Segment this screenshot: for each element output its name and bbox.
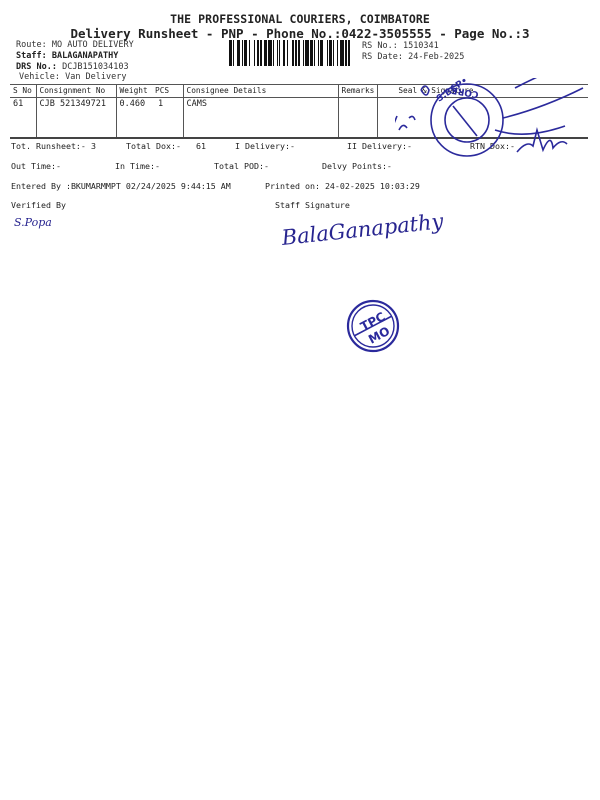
col-weight: Weight bbox=[116, 85, 152, 98]
drs-label: DRS No.: bbox=[16, 62, 57, 72]
drs-value: DCJB151034103 bbox=[62, 62, 129, 72]
in-time-label: In Time:- bbox=[115, 161, 160, 171]
verified-by-label: Verified By bbox=[11, 200, 66, 210]
consignee-seal-stamp: S.BCP• CORE bbox=[395, 78, 600, 168]
col-pcs: PCS bbox=[152, 85, 183, 98]
cell-remarks bbox=[338, 98, 378, 139]
total-dox: Total Dox:- 61 bbox=[126, 141, 206, 151]
tpc-mo-stamp: TPC MO bbox=[345, 298, 401, 354]
cell-consignment-no: CJB 521349721 bbox=[36, 98, 116, 139]
rs-date-label: RS Date: bbox=[362, 52, 403, 62]
company-title: THE PROFESSIONAL COURIERS, COIMBATORE bbox=[0, 12, 600, 26]
vehicle-field: Vehicle: Van Delivery bbox=[19, 72, 127, 82]
out-time-label: Out Time:- bbox=[11, 161, 61, 171]
cell-weight: 0.460 bbox=[116, 98, 152, 139]
rs-date-value: 24-Feb-2025 bbox=[408, 52, 464, 62]
cell-pcs: 1 bbox=[152, 98, 183, 139]
rs-date-field: RS Date: 24-Feb-2025 bbox=[362, 52, 464, 62]
rs-no-field: RS No.: 1510341 bbox=[362, 41, 439, 51]
vehicle-label: Vehicle: bbox=[19, 72, 60, 82]
cell-sno: 61 bbox=[10, 98, 36, 139]
tot-runsheet-label: Tot. Runsheet:- bbox=[11, 141, 86, 151]
drs-field: DRS No.: DCJB151034103 bbox=[16, 62, 129, 72]
col-sno: S No bbox=[10, 85, 36, 98]
verified-by-signature: S.Popa bbox=[14, 216, 52, 229]
printed-on: Printed on: 24-02-2025 10:03:29 bbox=[265, 181, 420, 191]
tot-runsheet-value: 3 bbox=[91, 141, 96, 151]
i-delivery-label: I Delivery:- bbox=[235, 141, 295, 151]
staff-value: BALAGANAPATHY bbox=[52, 51, 119, 61]
route-value: MO AUTO DELIVERY bbox=[52, 40, 134, 50]
staff-label: Staff: bbox=[16, 51, 47, 61]
col-consignment-no: Consignment No bbox=[36, 85, 116, 98]
col-remarks: Remarks bbox=[338, 85, 378, 98]
staff-signature-label: Staff Signature bbox=[275, 200, 350, 210]
route-label: Route: bbox=[16, 40, 47, 50]
vehicle-value: Van Delivery bbox=[65, 72, 126, 82]
route-field: Route: MO AUTO DELIVERY bbox=[16, 40, 134, 50]
entered-by: Entered By :BKUMARMMPT 02/24/2025 9:44:1… bbox=[11, 181, 231, 191]
rs-no-value: 1510341 bbox=[403, 41, 439, 51]
barcode bbox=[229, 40, 352, 66]
runsheet-subtitle: Delivery Runsheet - PNP - Phone No.:0422… bbox=[0, 26, 600, 41]
rs-no-label: RS No.: bbox=[362, 41, 398, 51]
total-dox-value: 61 bbox=[196, 141, 206, 151]
col-consignee-details: Consignee Details bbox=[183, 85, 338, 98]
cell-consignee: CAMS bbox=[183, 98, 338, 139]
delvy-points-label: Delvy Points:- bbox=[322, 161, 392, 171]
staff-signature: BalaGanapathy bbox=[280, 209, 444, 250]
total-dox-label: Total Dox:- bbox=[126, 141, 181, 151]
tot-runsheet: Tot. Runsheet:- 3 bbox=[11, 141, 96, 151]
staff-field: Staff: BALAGANAPATHY bbox=[16, 51, 118, 61]
total-pod-label: Total POD:- bbox=[214, 161, 269, 171]
